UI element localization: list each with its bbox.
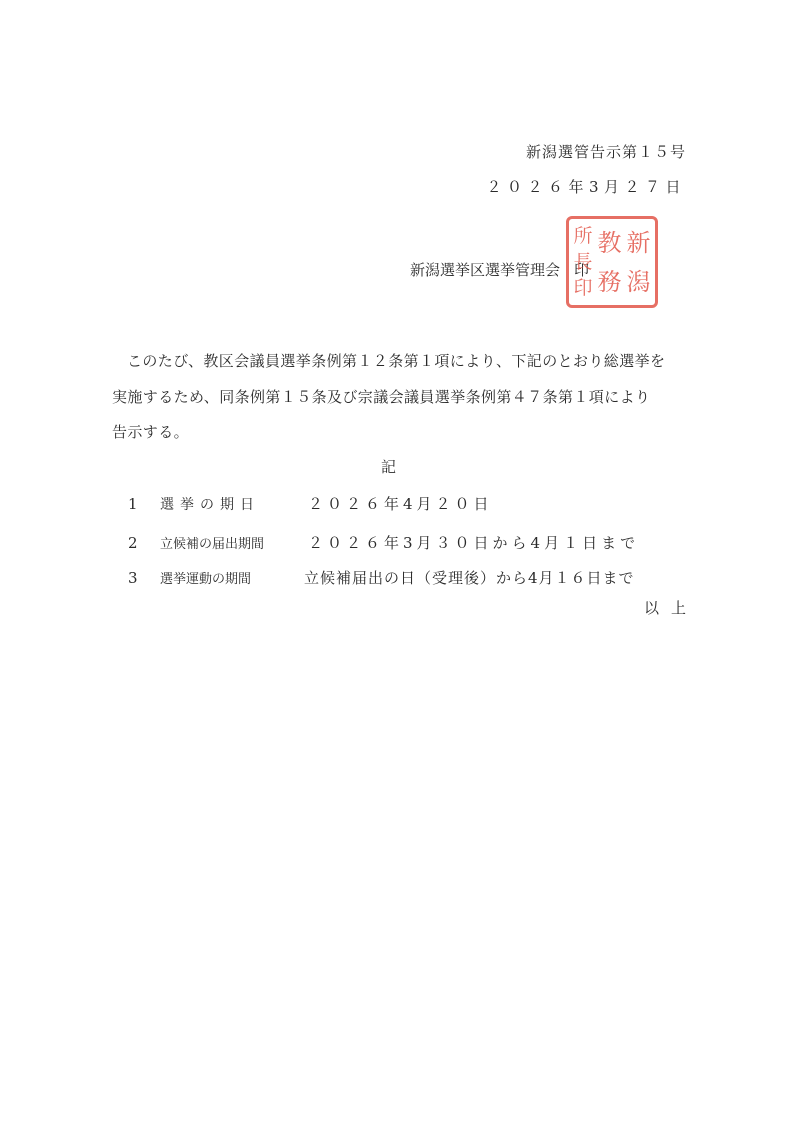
official-seal-icon: 新 潟 教 務 所 長 印 xyxy=(566,216,658,308)
notice-body: このたび、教区会議員選挙条例第１２条第１項により、下記のとおり総選挙を 実施する… xyxy=(112,344,692,451)
closing-mark: 以上 xyxy=(644,597,698,618)
seal-char: 長 xyxy=(573,253,592,272)
list-item: 3 選挙運動の期間 立候補届出の日（受理後）から4月１６日まで xyxy=(128,567,635,588)
item-value: ２０２６年3月３０日から4月１日まで xyxy=(308,532,639,553)
item-label: 立候補の届出期間 xyxy=(160,533,308,552)
body-line-3: 告示する。 xyxy=(112,415,692,451)
list-item: 2 立候補の届出期間 ２０２６年3月３０日から4月１日まで xyxy=(128,532,639,553)
item-number: 1 xyxy=(128,495,160,513)
seal-char: 所 xyxy=(573,227,592,246)
item-value: 立候補届出の日（受理後）から4月１６日まで xyxy=(304,567,635,588)
item-value: ２０２６年4月２０日 xyxy=(308,493,493,514)
issuer-name: 新潟選挙区選挙管理会 xyxy=(410,261,560,279)
ki-heading: 記 xyxy=(381,456,396,477)
item-label: 選挙の期日 xyxy=(160,494,308,514)
seal-char: 印 xyxy=(573,279,592,298)
seal-column-2: 教 務 xyxy=(597,223,621,301)
seal-char: 潟 xyxy=(626,270,650,294)
issuer-line: 新潟選挙区選挙管理会印 xyxy=(410,259,589,280)
item-number: 3 xyxy=(128,569,160,587)
notice-number: 新潟選管告示第１５号 xyxy=(526,141,686,162)
seal-column-3: 所 長 印 xyxy=(573,223,592,301)
body-line-1: このたび、教区会議員選挙条例第１２条第１項により、下記のとおり総選挙を xyxy=(112,344,692,380)
seal-column-1: 新 潟 xyxy=(626,223,650,301)
seal-char: 務 xyxy=(597,270,621,294)
seal-char: 新 xyxy=(626,231,650,255)
item-label: 選挙運動の期間 xyxy=(160,568,308,587)
list-item: 1 選挙の期日 ２０２６年4月２０日 xyxy=(128,493,493,514)
seal-char: 教 xyxy=(597,231,621,255)
body-line-2: 実施するため、同条例第１５条及び宗議会議員選挙条例第４７条第１項により xyxy=(112,380,692,416)
document-page: 新潟選管告示第１５号 ２０２６年3月２７日 新潟選挙区選挙管理会印 新 潟 教 … xyxy=(0,0,806,1140)
notice-date: ２０２６年3月２７日 xyxy=(486,176,686,197)
item-number: 2 xyxy=(128,534,160,552)
